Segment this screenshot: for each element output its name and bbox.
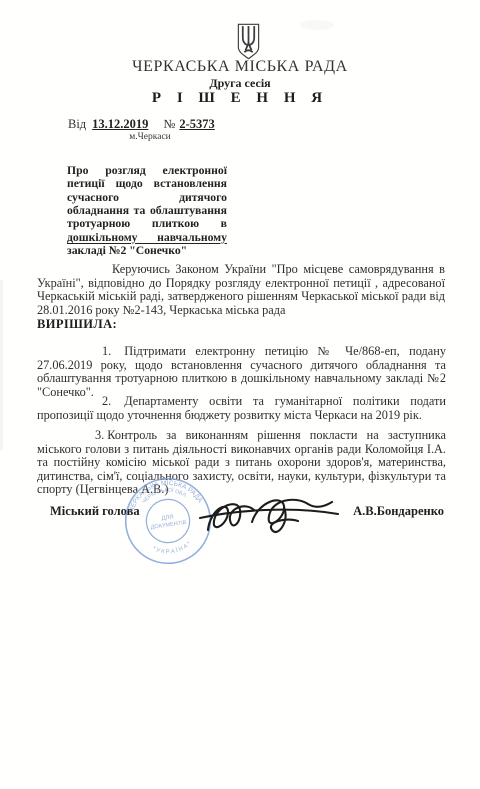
resolution-item-1: 1.Підтримати електронну петицію № Че/868…: [37, 345, 446, 399]
item-number: 3.: [95, 428, 104, 442]
scanned-decision-document: ЧЕРКАСЬКА МІСЬКА РАДА Друга сесія Р І Ш …: [0, 0, 480, 789]
handwritten-signature: [192, 486, 344, 550]
organization-name: ЧЕРКАСЬКА МІСЬКА РАДА: [0, 58, 480, 76]
session-line: Друга сесія: [0, 76, 480, 91]
item-text: Департаменту освіти та гуманітарної полі…: [37, 394, 446, 421]
doc-number: 2-5373: [179, 117, 214, 131]
scan-artifact: [300, 20, 334, 30]
item-text: Підтримати електронну петицію № Че/868-е…: [37, 344, 446, 398]
scan-artifact: [0, 280, 3, 450]
subject-underlined-phrase: дошкільному навчальному: [67, 231, 227, 244]
preamble-paragraph: Керуючись Законом України "Про місцеве с…: [37, 263, 445, 317]
stamp-center-line1: ДЛЯ: [161, 514, 174, 522]
date-label: Від: [68, 117, 86, 131]
ukraine-trident-icon: [235, 23, 262, 60]
item-number: 2.: [102, 394, 111, 408]
subject-text-end: закладі №2 "Сонечко": [67, 244, 187, 257]
doc-subject: Про розгляд електронної петиції щодо вст…: [67, 164, 227, 258]
doc-meta-row: Від13.12.2019№2-5373: [68, 117, 215, 132]
subject-text: Про розгляд електронної петиції щодо вст…: [67, 164, 227, 231]
item-number: 1.: [102, 344, 111, 358]
signer-name: А.В.Бондаренко: [353, 504, 444, 519]
number-sign: №: [163, 117, 175, 131]
resolution-item-2: 2.Департаменту освіти та гуманітарної по…: [37, 395, 446, 422]
document-type-title: Р І Ш Е Н Н Я: [0, 90, 480, 107]
doc-date: 13.12.2019: [92, 117, 148, 131]
doc-city: м.Черкаси: [75, 132, 225, 142]
stamp-center-line2: ДОКУМЕНТІВ: [150, 520, 187, 531]
resolved-label: ВИРІШИЛА:: [37, 317, 117, 332]
